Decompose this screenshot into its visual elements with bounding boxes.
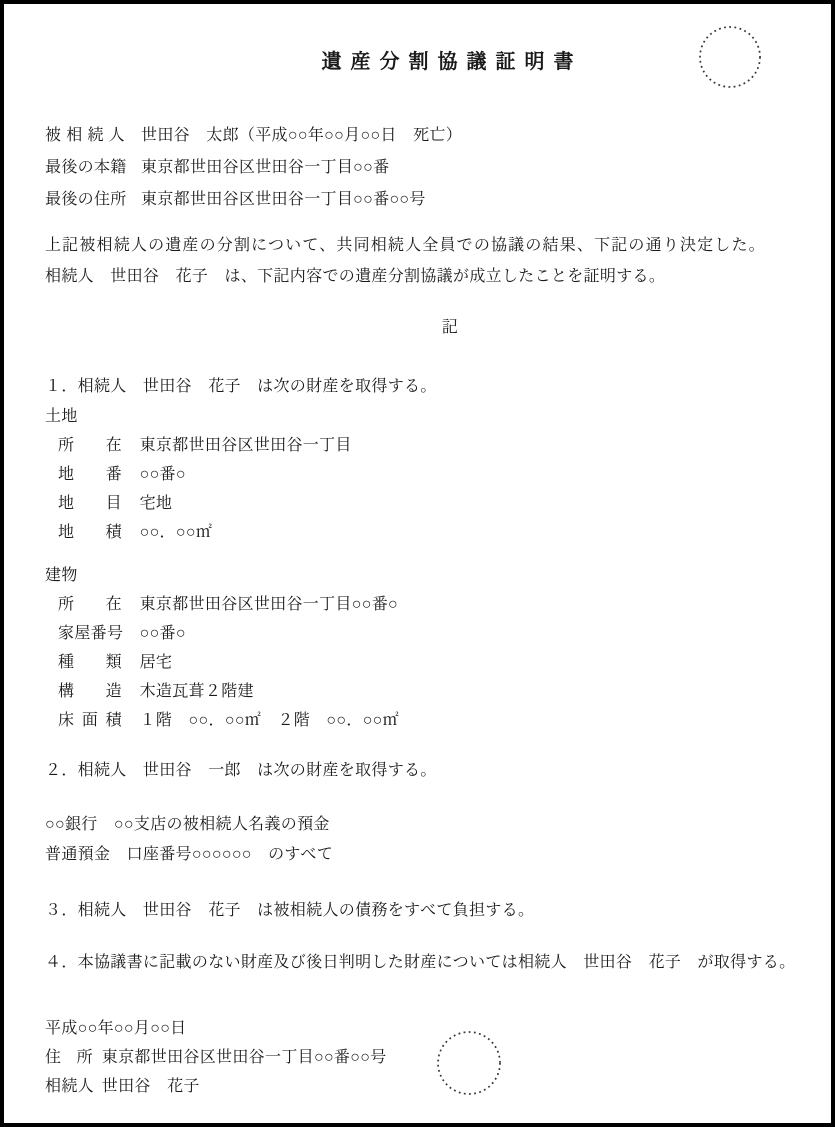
land-area-label: 地積 bbox=[58, 518, 122, 547]
signature-name-row: 相続人世田谷 花子 bbox=[45, 1072, 815, 1101]
section-4-heading: ４．本協議書に記載のない財産及び後日判明した財産については相続人 世田谷 花子 … bbox=[45, 947, 815, 978]
bank-line-1: ○○銀行 ○○支店の被相続人名義の預金 bbox=[45, 810, 815, 840]
section-3-heading: ３．相続人 世田谷 花子 は被相続人の債務をすべて負担する。 bbox=[45, 895, 815, 926]
building-type-label: 種類 bbox=[58, 648, 122, 677]
land-category-label: 地目 bbox=[58, 489, 122, 518]
building-house-number-row: 家屋番号○○番○ bbox=[45, 619, 815, 648]
record-marker: 記 bbox=[65, 312, 835, 343]
land-category-value: 宅地 bbox=[140, 495, 173, 512]
land-area-value: ○○．○○㎡ bbox=[140, 524, 213, 541]
signature-address-value: 東京都世田谷区世田谷一丁目○○番○○号 bbox=[102, 1049, 387, 1066]
signature-block: 平成○○年○○月○○日 住所東京都世田谷区世田谷一丁目○○番○○号 相続人世田谷… bbox=[45, 1014, 815, 1101]
building-structure-value: 木造瓦葺２階建 bbox=[140, 683, 254, 700]
land-lot-number-value: ○○番○ bbox=[140, 466, 186, 483]
land-lot-number-row: 地番○○番○ bbox=[45, 460, 815, 489]
last-domicile-row: 最後の本籍東京都世田谷区世田谷一丁目○○番 bbox=[45, 152, 815, 184]
last-address-row: 最後の住所東京都世田谷区世田谷一丁目○○番○○号 bbox=[45, 184, 815, 216]
building-floor-area-row: 床面積１階 ○○．○○㎡ ２階 ○○．○○㎡ bbox=[45, 706, 815, 735]
building-property-block: 建物 所在東京都世田谷区世田谷一丁目○○番○ 家屋番号○○番○ 種類居宅 構造木… bbox=[45, 561, 815, 735]
document-page: 遺産分割協議証明書 被相続人世田谷 太郎（平成○○年○○月○○日 死亡） 最後の… bbox=[0, 0, 835, 1127]
building-house-number-value: ○○番○ bbox=[140, 625, 186, 642]
building-type-value: 居宅 bbox=[140, 654, 173, 671]
building-floor-area-value: １階 ○○．○○㎡ ２階 ○○．○○㎡ bbox=[140, 712, 399, 729]
signature-name-label: 相続人 bbox=[45, 1072, 93, 1101]
document-content: 遺産分割協議証明書 被相続人世田谷 太郎（平成○○年○○月○○日 死亡） 最後の… bbox=[4, 48, 831, 1101]
bank-deposit-block: ○○銀行 ○○支店の被相続人名義の預金 普通預金 口座番号○○○○○○ のすべて bbox=[45, 810, 815, 870]
signature-date: 平成○○年○○月○○日 bbox=[45, 1014, 815, 1043]
bank-line-2: 普通預金 口座番号○○○○○○ のすべて bbox=[45, 840, 815, 870]
building-location-value: 東京都世田谷区世田谷一丁目○○番○ bbox=[140, 596, 398, 613]
deceased-info-block: 被相続人世田谷 太郎（平成○○年○○月○○日 死亡） 最後の本籍東京都世田谷区世… bbox=[45, 120, 815, 216]
land-caption: 土地 bbox=[45, 402, 815, 431]
building-structure-row: 構造木造瓦葺２階建 bbox=[45, 677, 815, 706]
building-house-number-label: 家屋番号 bbox=[58, 619, 122, 648]
building-structure-label: 構造 bbox=[58, 677, 122, 706]
section-2-heading: ２．相続人 世田谷 一郎 は次の財産を取得する。 bbox=[45, 755, 815, 786]
signature-name-value: 世田谷 花子 bbox=[102, 1078, 200, 1095]
stamp-circle-icon bbox=[436, 1030, 502, 1096]
building-caption: 建物 bbox=[45, 561, 815, 590]
land-property-block: 土地 所在東京都世田谷区世田谷一丁目 地番○○番○ 地目宅地 地積○○．○○㎡ bbox=[45, 402, 815, 547]
last-domicile-label: 最後の本籍 bbox=[45, 152, 125, 184]
intro-line-2: 相続人 世田谷 花子 は、下記内容での遺産分割協議が成立したことを証明する。 bbox=[45, 261, 815, 292]
deceased-name-row: 被相続人世田谷 太郎（平成○○年○○月○○日 死亡） bbox=[45, 120, 815, 152]
deceased-name-label: 被相続人 bbox=[45, 120, 125, 152]
land-lot-number-label: 地番 bbox=[58, 460, 122, 489]
last-address-label: 最後の住所 bbox=[45, 184, 125, 216]
land-location-row: 所在東京都世田谷区世田谷一丁目 bbox=[45, 431, 815, 460]
building-location-row: 所在東京都世田谷区世田谷一丁目○○番○ bbox=[45, 590, 815, 619]
building-location-label: 所在 bbox=[58, 590, 122, 619]
last-address-value: 東京都世田谷区世田谷一丁目○○番○○号 bbox=[141, 191, 426, 208]
deceased-name-value: 世田谷 太郎（平成○○年○○月○○日 死亡） bbox=[141, 127, 462, 144]
land-area-row: 地積○○．○○㎡ bbox=[45, 518, 815, 547]
signature-address-row: 住所東京都世田谷区世田谷一丁目○○番○○号 bbox=[45, 1043, 815, 1072]
signature-address-label: 住所 bbox=[45, 1043, 93, 1072]
intro-line-1: 上記被相続人の遺産の分割について、共同相続人全員での協議の結果、下記の通り決定し… bbox=[45, 230, 765, 261]
section-1-heading: １．相続人 世田谷 花子 は次の財産を取得する。 bbox=[45, 371, 815, 402]
document-title: 遺産分割協議証明書 bbox=[67, 48, 835, 76]
last-domicile-value: 東京都世田谷区世田谷一丁目○○番 bbox=[141, 159, 389, 176]
land-category-row: 地目宅地 bbox=[45, 489, 815, 518]
intro-paragraph: 上記被相続人の遺産の分割について、共同相続人全員での協議の結果、下記の通り決定し… bbox=[45, 230, 815, 292]
land-location-value: 東京都世田谷区世田谷一丁目 bbox=[140, 437, 352, 454]
land-location-label: 所在 bbox=[58, 431, 122, 460]
building-type-row: 種類居宅 bbox=[45, 648, 815, 677]
building-floor-area-label: 床面積 bbox=[58, 706, 122, 735]
